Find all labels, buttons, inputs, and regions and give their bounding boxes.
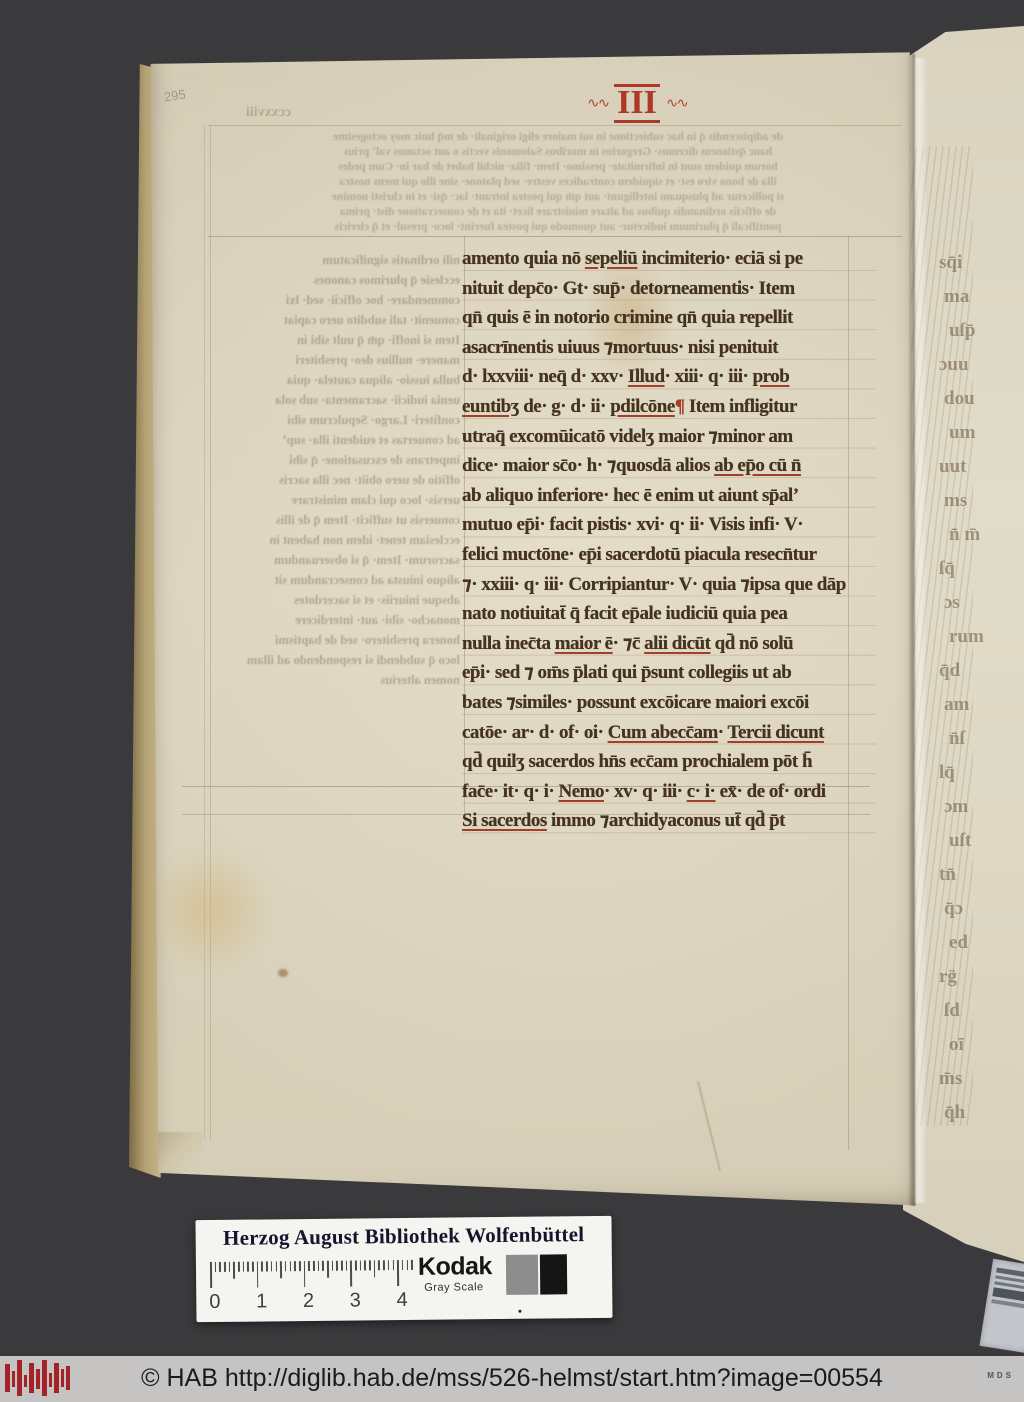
- showthrough-line: offitio de uero obiit· nec illa sacris: [230, 470, 460, 490]
- text-segment: qd̄ nō solū: [710, 633, 793, 654]
- showthrough-line: ecclesiam tenet· idem non habent in: [230, 530, 460, 550]
- ruler-tick: [261, 1261, 263, 1271]
- showthrough-left-column: nili ordinatis significatumecclesie q̄ p…: [230, 250, 460, 690]
- adjacent-text-fragment: n̄ m̄: [939, 518, 1024, 552]
- showthrough-line: pontificali q̄ plurimum iudicetur· aut q…: [212, 220, 904, 235]
- showthrough-line: commendare· hoc officii· sed· lxi: [230, 290, 460, 310]
- showthrough-line: hanc q̄stionem dicemus· Gregorius in mor…: [212, 145, 904, 160]
- adjacent-text-fragment: ms: [939, 484, 1024, 518]
- ruler-tick: [219, 1262, 221, 1272]
- ruler-tick: [388, 1260, 390, 1270]
- ruler-tick: [392, 1260, 394, 1270]
- ruler-tick: [346, 1261, 348, 1271]
- ruler-tick: [294, 1261, 296, 1271]
- text-segment: utraq̄ excomūicatō videlʒ maior ⁊minor a…: [462, 426, 793, 447]
- adjacent-text-fragment: lq̄: [939, 756, 1024, 790]
- card-dot: [518, 1310, 521, 1313]
- rubric-heading: ∿∿ III ∿∿: [542, 84, 732, 123]
- ruler-tick: [336, 1261, 338, 1271]
- text-segment: immo ⁊archidyaconus ut̄ qd̄ p̄t: [547, 810, 785, 831]
- manuscript-text-line: nulla inec̄ta maior ē· ⁊c̄ alii dicūt qd…: [462, 629, 876, 659]
- parchment-stain: [278, 969, 288, 977]
- adjacent-text-fragment: n̄ſ: [939, 722, 1024, 756]
- ruler-tick: [318, 1261, 320, 1271]
- text-segment: catōe· ar· d· of· oi·: [462, 722, 608, 743]
- text-segment: de· g· d· ii·: [519, 396, 610, 417]
- main-text-column: amento quia nō sepeliū incimiterio· eciā…: [462, 244, 876, 836]
- adjacent-text-fragment: ɔuu: [939, 348, 1024, 382]
- card-title: Herzog August Bibliothek Wolfenbüttel: [196, 1221, 612, 1251]
- rubricated-text: ¶: [675, 396, 685, 417]
- text-segment: ·: [718, 722, 728, 743]
- ruler-number: 2: [303, 1289, 314, 1313]
- kodak-brand-sub: Gray Scale: [424, 1281, 484, 1295]
- black-patch: [540, 1254, 567, 1294]
- text-segment: ex̄· de of· ordi: [715, 781, 825, 802]
- ruler-tick: [243, 1262, 245, 1272]
- adjacent-text-fragment: q̄d: [939, 654, 1024, 688]
- text-segment: incimiterio· eciā si pe: [637, 248, 802, 269]
- adjacent-text-fragment: uſt: [939, 824, 1024, 858]
- ruler-tick: [374, 1260, 376, 1277]
- manuscript-text-line: qn̄ quis ē in notorio crimine qn̄ quia r…: [462, 303, 876, 333]
- rubric-flourish-icon: ∿∿: [587, 96, 608, 111]
- text-segment: nato notiuitat̄ q̄ facit ep̄ale iudiciū …: [462, 603, 787, 624]
- rubricated-text: maior ē: [555, 633, 613, 654]
- ruler-tick: [378, 1260, 380, 1270]
- showthrough-line: nili ordinatis significatum: [230, 250, 460, 270]
- manuscript-text-line: d· lxxviii· neq̄ d· xxv· Illud· xiii· q·…: [462, 362, 876, 392]
- label-line: [991, 1299, 1024, 1309]
- rubricated-text: sepeliū: [585, 248, 637, 269]
- showthrough-line: aliquo iniusta ad consecrandum sit: [230, 570, 460, 590]
- ruler-tick: [252, 1262, 254, 1272]
- adjacent-text-fragment: ɔs: [939, 586, 1024, 620]
- ruler-tick: [322, 1261, 324, 1271]
- gray-patch: [506, 1255, 538, 1295]
- ruler-tick: [238, 1262, 240, 1272]
- ruling-line: [208, 125, 902, 126]
- manuscript-text-line: felici muctōne· ep̄i sacerdotū piacula r…: [462, 540, 876, 570]
- rubric-flourish-icon: ∿∿: [666, 96, 687, 111]
- showthrough-line: honera presbitero· sed de baptismi: [230, 630, 460, 650]
- showthrough-line: horum quidem sunt in infirmitate· pessim…: [212, 160, 904, 175]
- ruler-tick: [406, 1260, 408, 1270]
- rubricated-text: Tercii dicunt: [728, 722, 824, 743]
- manuscript-text-line: mutuo ep̄i· facit pistis· xvi· q· ii· Vi…: [462, 510, 876, 540]
- adjacent-text-fragment: am: [939, 688, 1024, 722]
- manuscript-text-line: amento quia nō sepeliū incimiterio· eciā…: [462, 244, 876, 274]
- manuscript-text-line: euntibʒ de· g· d· ii· pdilcōne¶ Item inf…: [462, 392, 876, 422]
- plexiglass-reflection: [913, 58, 926, 1203]
- ruler-tick: [257, 1262, 259, 1288]
- ruler-tick: [350, 1261, 352, 1287]
- adjacent-text-fragment: um: [939, 416, 1024, 450]
- text-segment: amento quia nō: [462, 248, 585, 269]
- ruler-number: 1: [256, 1289, 267, 1313]
- ruler-tick: [271, 1261, 273, 1271]
- rubricated-text: ab ep̄o cū n̄: [714, 455, 801, 476]
- ruler-tick: [313, 1261, 315, 1271]
- showthrough-line: uersis· loco qui clam ministrare: [230, 490, 460, 510]
- adjacent-text-fragment: dou: [939, 382, 1024, 416]
- showthrough-line: Item si inoffi· qm̄ q̄ uult sibi in: [230, 330, 460, 350]
- manuscript-text-line: catōe· ar· d· of· oi· Cum abecc̄am· Terc…: [462, 718, 876, 748]
- ruling-line: [208, 236, 902, 237]
- ruler-tick: [327, 1261, 329, 1278]
- manuscript-text-line: ⁊· xxiii· q· iii· Corripiantur· V· quia …: [462, 570, 876, 600]
- adjacent-text-fragment: uut: [939, 450, 1024, 484]
- showthrough-line: loco q̄ subdendi si respondendo ad illam: [230, 650, 460, 670]
- ruler-tick: [355, 1260, 357, 1270]
- ruler-tick: [383, 1260, 385, 1270]
- text-segment: · xv· q· iii·: [604, 781, 687, 802]
- ruler-tick: [210, 1262, 212, 1288]
- ruling-line: [210, 126, 211, 1140]
- kodak-brand: Kodak: [418, 1253, 492, 1280]
- ruler-tick: [369, 1260, 371, 1270]
- showthrough-line: absque iniuriis· et si sacerdotes: [230, 590, 460, 610]
- manuscript-page: 295 ∿∿ III ∿∿ ccxxviii de adipiscendis q…: [146, 50, 916, 1210]
- manuscript-text-line: nato notiuitat̄ q̄ facit ep̄ale iudiciū …: [462, 599, 876, 629]
- ruler-tick: [304, 1261, 306, 1287]
- ruler-number: 4: [396, 1288, 407, 1312]
- ruler-tick: [364, 1260, 366, 1270]
- adjacent-text-fragment: rum: [939, 620, 1024, 654]
- adjacent-text-fragment: m̄s: [939, 1062, 1024, 1096]
- adjacent-text-fragment: tn̄: [939, 858, 1024, 892]
- mds-mark: MDS: [987, 1371, 1014, 1381]
- ruler-tick: [332, 1261, 334, 1271]
- showthrough-line: sacrorum· Item· q̄ si obseruandum: [230, 550, 460, 570]
- kodak-gray-scale-card: Herzog August Bibliothek Wolfenbüttel 01…: [195, 1216, 612, 1322]
- ruler-number: 0: [209, 1290, 220, 1314]
- showthrough-top-block: de adipiscendis q̄ in hac subiectione in…: [212, 130, 904, 235]
- rubric-numeral: III: [614, 84, 660, 123]
- gray-scale-patches: [506, 1254, 567, 1295]
- showthrough-line: manere· nullius deo· presbiteri: [230, 350, 460, 370]
- showthrough-line: de adipiscendis q̄ in hac subiectione in…: [212, 130, 904, 145]
- adjacent-text-fragment: uſp̄: [939, 314, 1024, 348]
- text-segment: qn̄ quis ē in notorio crimine qn̄ quia r…: [462, 307, 793, 328]
- text-segment: qd̄ quilʒ sacerdos hn̄s ecc̄am prochiale…: [462, 751, 812, 772]
- footer-bar: © HAB http://diglib.hab.de/mss/526-helms…: [0, 1356, 1024, 1402]
- text-segment: felici muctōne· ep̄i sacerdotū piacula r…: [462, 544, 817, 565]
- rubricated-text: c· i·: [687, 781, 716, 802]
- ruler-tick: [280, 1261, 282, 1278]
- text-segment: asacrīnentis uiuus ⁊mortuus· nisi penitu…: [462, 337, 778, 358]
- manuscript-text-line: nituit depc̄o· Gt· sup̄· detorneamentis·…: [462, 274, 876, 304]
- rubricated-text: pdilcōne: [610, 396, 675, 417]
- showthrough-line: uenia iudicii· sacramenta· sub sola: [230, 390, 460, 410]
- text-segment: nulla inec̄ta: [462, 633, 555, 654]
- text-segment: ab aliquo inferiore· hec ē enim ut aiunt…: [462, 485, 799, 506]
- ruler-number: 3: [350, 1288, 361, 1312]
- adjacent-text-fragment: ed: [939, 926, 1024, 960]
- showthrough-line: de officiis ordinandis quibus ad altare …: [212, 205, 904, 220]
- manuscript-text-line: fac̄e· it· q· i· Nemo· xv· q· iii· c· i·…: [462, 777, 876, 807]
- manuscript-text-line: qd̄ quilʒ sacerdos hn̄s ecc̄am prochiale…: [462, 747, 876, 777]
- ruler: 01234: [210, 1260, 421, 1318]
- showthrough-line: monacho· sibi· aut· interdicere: [230, 610, 460, 630]
- rubricated-text: alii dicūt: [644, 633, 710, 654]
- ruler-tick: [299, 1261, 301, 1271]
- ruler-tick: [360, 1260, 362, 1270]
- rubricated-text: Illud: [628, 366, 665, 387]
- showthrough-line: ad conuertas et euidenti illa· supʼ: [230, 430, 460, 450]
- manuscript-text-line: ab aliquo inferiore· hec ē enim ut aiunt…: [462, 481, 876, 511]
- text-segment: bates ⁊similes· possunt excōicare maiori…: [462, 692, 809, 713]
- text-segment: nituit depc̄o· Gt· sup̄· detorneamentis·…: [462, 278, 795, 299]
- ruling-line: [204, 126, 205, 1140]
- adjacent-page-text-fragments: sq̄imauſp̄ɔuudouumuutmsn̄ m̄ſq̄ɔsrumq̄da…: [939, 246, 1024, 1130]
- page-crease: [697, 1081, 721, 1171]
- adjacent-text-fragment: rg̈: [939, 960, 1024, 994]
- rubricated-text: Si sacerdos: [462, 810, 547, 831]
- showthrough-folio-number: ccxxviii: [246, 106, 291, 120]
- adjacent-text-fragment: ſq̄: [939, 552, 1024, 586]
- showthrough-line: impetrans de excusatione· q̄ sibi: [230, 450, 460, 470]
- showthrough-line: si pollicetur ad plusquam intelligunt· a…: [212, 190, 904, 205]
- ruler-tick: [289, 1261, 291, 1271]
- adjacent-text-fragment: sq̄i: [939, 246, 1024, 280]
- rubricated-text: Nemo: [559, 781, 604, 802]
- ruler-tick: [402, 1260, 404, 1270]
- showthrough-line: conuenit· tali subdito uero capiat: [230, 310, 460, 330]
- adjacent-text-fragment: ma: [939, 280, 1024, 314]
- manuscript-text-line: dice· maior sc̄o· h· ⁊quosdā alios ab ep…: [462, 451, 876, 481]
- ruler-tick: [229, 1262, 231, 1272]
- adjacent-text-fragment: ɔm: [939, 790, 1024, 824]
- rubricated-text: Cum abecc̄am: [608, 722, 718, 743]
- ruler-tick: [341, 1261, 343, 1271]
- rubricated-text: prob: [753, 366, 790, 387]
- adjacent-text-fragment: q̄h: [939, 1096, 1024, 1130]
- ruler-tick: [224, 1262, 226, 1272]
- manuscript-text-line: ep̄i· sed ⁊ om̄s p̄lati qui p̄sunt colle…: [462, 658, 876, 688]
- ruler-tick: [247, 1262, 249, 1272]
- text-segment: · xiii· q· iii·: [665, 366, 753, 387]
- showthrough-line: ecclesie q̄ plurimos canones: [230, 270, 460, 290]
- ruler-tick: [215, 1262, 217, 1272]
- showthrough-line: nomen alterius: [230, 670, 460, 690]
- ruler-tick: [233, 1262, 235, 1279]
- ruler-tick: [397, 1260, 399, 1286]
- showthrough-line: illa de bono viro est· et siquidem contr…: [212, 175, 904, 190]
- ruler-tick: [285, 1261, 287, 1271]
- manuscript-text-line: asacrīnentis uiuus ⁊mortuus· nisi penitu…: [462, 333, 876, 363]
- copyright-text: © HAB http://diglib.hab.de/mss/526-helms…: [0, 1364, 1024, 1392]
- adjacent-text-fragment: ſd: [939, 994, 1024, 1028]
- ruler-tick: [275, 1261, 277, 1271]
- text-segment: · ⁊c̄: [613, 633, 645, 654]
- text-segment: fac̄e· it· q· i·: [462, 781, 559, 802]
- text-segment: dice· maior sc̄o· h· ⁊quosdā alios: [462, 455, 714, 476]
- ruler-tick: [411, 1260, 413, 1270]
- pencil-note: 295: [163, 87, 187, 105]
- showthrough-line: bulla iussio· aliqua cautela· quia: [230, 370, 460, 390]
- adjacent-text-fragment: q̄ɔ: [939, 892, 1024, 926]
- text-segment: ⁊· xxiii· q· iii· Corripiantur· V· quia …: [462, 574, 846, 595]
- ruler-tick: [266, 1261, 268, 1271]
- shelfmark-label: [979, 1259, 1024, 1353]
- text-segment: ep̄i· sed ⁊ om̄s p̄lati qui p̄sunt colle…: [462, 662, 791, 683]
- text-segment: d· lxxviii· neq̄ d· xxv·: [462, 366, 628, 387]
- ruler-tick: [308, 1261, 310, 1271]
- showthrough-line: confiteri· Largo· Sepulcrum sibi: [230, 410, 460, 430]
- adjacent-text-fragment: oī: [939, 1028, 1024, 1062]
- showthrough-line: conuersis ut sufficit· Item q̄ de illis: [230, 510, 460, 530]
- manuscript-text-line: Si sacerdos immo ⁊archidyaconus ut̄ qd̄ …: [462, 806, 876, 836]
- text-segment: Item infligitur: [685, 396, 797, 417]
- manuscript-text-line: utraq̄ excomūicatō videlʒ maior ⁊minor a…: [462, 422, 876, 452]
- rubricated-text: euntibʒ: [462, 396, 519, 417]
- manuscript-text-line: bates ⁊similes· possunt excōicare maiori…: [462, 688, 876, 718]
- text-segment: mutuo ep̄i· facit pistis· xvi· q· ii· Vi…: [462, 514, 803, 535]
